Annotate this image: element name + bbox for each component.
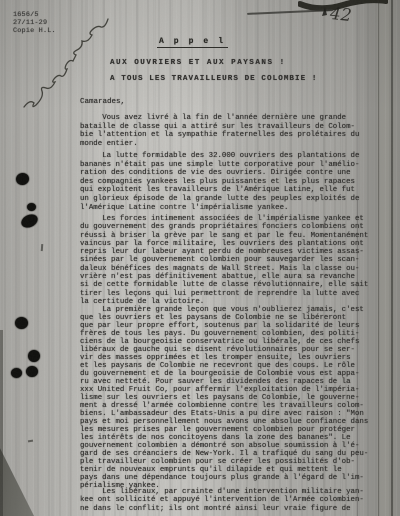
ink-blot (11, 368, 22, 378)
page-edge-line (391, 0, 393, 516)
document-title: A p p e l (157, 37, 228, 48)
left-edge-shadow (0, 330, 3, 516)
address-line-travailleurs: A TOUS LES TRAVAILLEURS DE COLOMBIE ! (110, 75, 317, 83)
ink-blot (27, 203, 36, 211)
page-corner-shadow (0, 446, 46, 516)
scanned-document-page: 1656/5 27/11-29 Copie H.L. 42 A p p e l … (0, 0, 400, 516)
paragraph-4: La première grande leçon que vous n'oubl… (80, 306, 380, 490)
ink-blot (28, 350, 40, 362)
handwritten-scribble (18, 12, 123, 112)
handwritten-page-number: 42 (329, 4, 353, 26)
fold-crease-line (357, 200, 358, 516)
paragraph-2: La lutte formidable des 32.000 ouvriers … (80, 152, 380, 212)
salutation: Camarades, (80, 98, 125, 106)
ink-blot (15, 317, 28, 329)
paragraph-1: Vous avez livré à la fin de l'année dern… (80, 114, 380, 148)
address-line-workers: AUX OUVRIERS ET AUX PAYSANS ! (110, 59, 286, 67)
stray-mark (28, 440, 33, 443)
stray-mark (41, 244, 43, 251)
ink-blot (26, 366, 38, 377)
paragraph-5: Les libéraux, par crainte d'une interven… (80, 488, 380, 513)
page-edge-line (378, 0, 379, 516)
ink-blot (19, 212, 39, 230)
ink-blot (15, 172, 30, 186)
paragraph-3: Les forces intimement associées de l'imp… (80, 215, 380, 306)
